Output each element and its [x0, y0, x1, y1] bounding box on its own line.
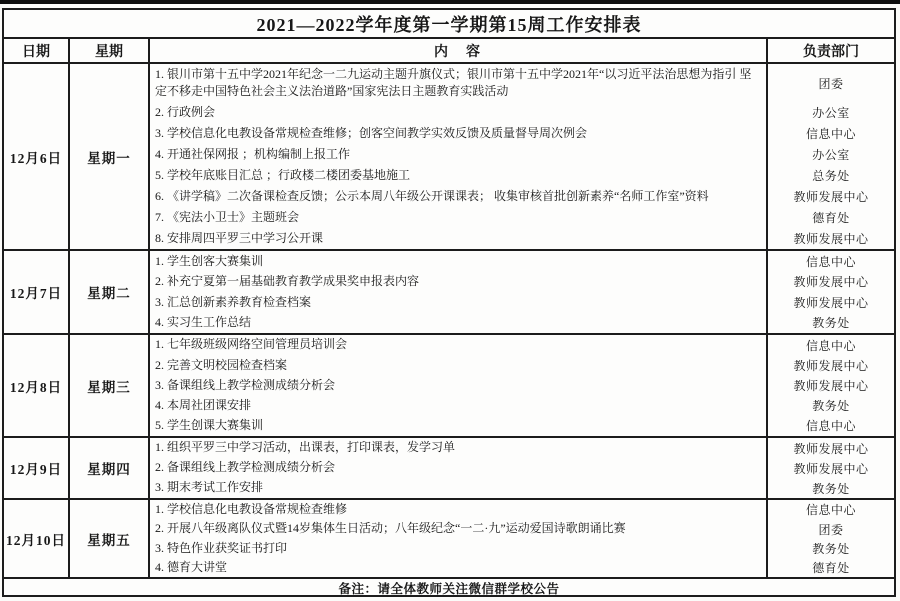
- item-text: 3. 学校信息化电教设备常规检查维修；创客空间教学实效反馈及质量督导周次例会: [150, 123, 768, 144]
- schedule-item: 3. 学校信息化电教设备常规检查维修；创客空间教学实效反馈及质量督导周次例会 信…: [150, 123, 894, 144]
- items-list: 1. 银川市第十五中学2021年纪念一二九运动主题升旗仪式；银川市第十五中学20…: [150, 64, 894, 249]
- item-text: 8. 安排周四平罗三中学习公开课: [150, 228, 768, 249]
- date-cell: 12月10日: [4, 500, 70, 577]
- schedule-item: 5. 学生创课大赛集训 信息中心: [150, 416, 894, 436]
- item-department: 教师发展中心: [768, 228, 894, 249]
- item-text: 2. 备课组线上教学检测成绩分析会: [150, 458, 768, 478]
- item-text: 3. 备课组线上教学检测成绩分析会: [150, 375, 768, 395]
- items-list: 1. 七年级班级网络空间管理员培训会 信息中心 2. 完善文明校园检查档案 教师…: [150, 335, 894, 436]
- schedule-item: 1. 七年级班级网络空间管理员培训会 信息中心: [150, 335, 894, 355]
- items-list: 1. 组织平罗三中学习活动，出课表，打印课表，发学习单 教师发展中心 2. 备课…: [150, 438, 894, 498]
- item-text: 2. 完善文明校园检查档案: [150, 355, 768, 375]
- schedule-item: 2. 补充宁夏第一届基础教育教学成果奖申报表内容 教师发展中心: [150, 272, 894, 293]
- footer-note: 备注：请全体教师关注微信群学校公告: [4, 579, 894, 597]
- schedule-item: 6. 《讲学稿》二次备课检查反馈；公示本周八年级公开课课表； 收集审核首批创新素…: [150, 186, 894, 207]
- schedule-item: 2. 开展八年级离队仪式暨14岁集体生日活动；八年级纪念“一二·九”运动爱国诗歌…: [150, 519, 894, 538]
- schedule-item: 2. 完善文明校园检查档案 教师发展中心: [150, 355, 894, 375]
- table-header: 日期 星期 内 容 负责部门: [4, 39, 894, 64]
- header-date: 日期: [4, 39, 70, 62]
- schedule-item: 3. 期末考试工作安排 教务处: [150, 478, 894, 498]
- item-text: 4. 实习生工作总结: [150, 313, 768, 334]
- item-department: 信息中心: [768, 416, 894, 436]
- item-text: 3. 汇总创新素养教育检查档案: [150, 292, 768, 313]
- header-department: 负责部门: [768, 39, 894, 62]
- item-department: 教师发展中心: [768, 438, 894, 458]
- items-list: 1. 学校信息化电教设备常规检查维修 信息中心 2. 开展八年级离队仪式暨14岁…: [150, 500, 894, 577]
- item-text: 1. 学生创客大赛集训: [150, 251, 768, 272]
- item-department: 德育处: [768, 558, 894, 577]
- weekday-cell: 星期二: [70, 251, 150, 333]
- table-row-thursday: 12月9日 星期四 1. 组织平罗三中学习活动，出课表，打印课表，发学习单 教师…: [4, 438, 894, 500]
- item-department: 团委: [768, 64, 894, 102]
- item-text: 1. 七年级班级网络空间管理员培训会: [150, 335, 768, 355]
- weekday-cell: 星期五: [70, 500, 150, 577]
- item-department: 德育处: [768, 207, 894, 228]
- item-text: 2. 开展八年级离队仪式暨14岁集体生日活动；八年级纪念“一二·九”运动爱国诗歌…: [150, 519, 768, 538]
- item-department: 信息中心: [768, 251, 894, 272]
- item-department: 教师发展中心: [768, 292, 894, 313]
- item-department: 信息中心: [768, 335, 894, 355]
- item-department: 团委: [768, 519, 894, 538]
- schedule-item: 3. 特色作业获奖证书打印 教务处: [150, 539, 894, 558]
- item-text: 3. 期末考试工作安排: [150, 478, 768, 498]
- page-title: 2021—2022学年度第一学期第15周工作安排表: [4, 10, 894, 39]
- item-department: 教务处: [768, 539, 894, 558]
- table-row-tuesday: 12月7日 星期二 1. 学生创客大赛集训 信息中心 2. 补充宁夏第一届基础教…: [4, 251, 894, 335]
- item-department: 教务处: [768, 313, 894, 334]
- item-text: 3. 特色作业获奖证书打印: [150, 539, 768, 558]
- item-text: 4. 开通社保网报 ；机构编制上报工作: [150, 144, 768, 165]
- item-department: 办公室: [768, 144, 894, 165]
- item-department: 信息中心: [768, 500, 894, 519]
- item-department: 教师发展中心: [768, 355, 894, 375]
- schedule-item: 7. 《宪法小卫士》主题班会 德育处: [150, 207, 894, 228]
- weekday-cell: 星期一: [70, 64, 150, 249]
- item-department: 教务处: [768, 396, 894, 416]
- item-text: 1. 学校信息化电教设备常规检查维修: [150, 500, 768, 519]
- header-weekday: 星期: [70, 39, 150, 62]
- item-department: 教师发展中心: [768, 272, 894, 293]
- schedule-item: 3. 汇总创新素养教育检查档案 教师发展中心: [150, 292, 894, 313]
- schedule-item: 4. 德育大讲堂 德育处: [150, 558, 894, 577]
- table-row-wednesday: 12月8日 星期三 1. 七年级班级网络空间管理员培训会 信息中心 2. 完善文…: [4, 335, 894, 438]
- schedule-item: 2. 备课组线上教学检测成绩分析会 教师发展中心: [150, 458, 894, 478]
- schedule-item: 2. 行政例会 办公室: [150, 102, 894, 123]
- date-cell: 12月6日: [4, 64, 70, 249]
- item-department: 总务处: [768, 165, 894, 186]
- schedule-item: 1. 银川市第十五中学2021年纪念一二九运动主题升旗仪式；银川市第十五中学20…: [150, 64, 894, 102]
- item-text: 2. 行政例会: [150, 102, 768, 123]
- schedule-item: 4. 开通社保网报 ；机构编制上报工作 办公室: [150, 144, 894, 165]
- item-department: 教务处: [768, 478, 894, 498]
- item-text: 1. 银川市第十五中学2021年纪念一二九运动主题升旗仪式；银川市第十五中学20…: [150, 64, 768, 102]
- schedule-item: 1. 学生创客大赛集训 信息中心: [150, 251, 894, 272]
- weekday-cell: 星期四: [70, 438, 150, 498]
- item-department: 教师发展中心: [768, 458, 894, 478]
- item-text: 4. 本周社团课安排: [150, 396, 768, 416]
- item-text: 4. 德育大讲堂: [150, 558, 768, 577]
- date-cell: 12月8日: [4, 335, 70, 436]
- header-content: 内 容: [150, 39, 768, 62]
- date-cell: 12月7日: [4, 251, 70, 333]
- schedule-item: 5. 学校年底账目汇总 ；行政楼二楼团委基地施工 总务处: [150, 165, 894, 186]
- item-text: 6. 《讲学稿》二次备课检查反馈；公示本周八年级公开课课表； 收集审核首批创新素…: [150, 186, 768, 207]
- item-text: 7. 《宪法小卫士》主题班会: [150, 207, 768, 228]
- schedule-item: 1. 组织平罗三中学习活动，出课表，打印课表，发学习单 教师发展中心: [150, 438, 894, 458]
- schedule-item: 3. 备课组线上教学检测成绩分析会 教师发展中心: [150, 375, 894, 395]
- item-text: 2. 补充宁夏第一届基础教育教学成果奖申报表内容: [150, 272, 768, 293]
- items-list: 1. 学生创客大赛集训 信息中心 2. 补充宁夏第一届基础教育教学成果奖申报表内…: [150, 251, 894, 333]
- schedule-item: 1. 学校信息化电教设备常规检查维修 信息中心: [150, 500, 894, 519]
- schedule-item: 4. 本周社团课安排 教务处: [150, 396, 894, 416]
- date-cell: 12月9日: [4, 438, 70, 498]
- item-department: 教师发展中心: [768, 375, 894, 395]
- schedule-item: 8. 安排周四平罗三中学习公开课 教师发展中心: [150, 228, 894, 249]
- item-department: 教师发展中心: [768, 186, 894, 207]
- item-department: 办公室: [768, 102, 894, 123]
- schedule-table: 2021—2022学年度第一学期第15周工作安排表 日期 星期 内 容 负责部门…: [2, 8, 896, 597]
- scan-edge-top: [0, 0, 900, 4]
- table-row-friday: 12月10日 星期五 1. 学校信息化电教设备常规检查维修 信息中心 2. 开展…: [4, 500, 894, 579]
- item-department: 信息中心: [768, 123, 894, 144]
- item-text: 1. 组织平罗三中学习活动，出课表，打印课表，发学习单: [150, 438, 768, 458]
- schedule-item: 4. 实习生工作总结 教务处: [150, 313, 894, 334]
- item-text: 5. 学校年底账目汇总 ；行政楼二楼团委基地施工: [150, 165, 768, 186]
- item-text: 5. 学生创课大赛集训: [150, 416, 768, 436]
- table-row-monday: 12月6日 星期一 1. 银川市第十五中学2021年纪念一二九运动主题升旗仪式；…: [4, 64, 894, 251]
- weekday-cell: 星期三: [70, 335, 150, 436]
